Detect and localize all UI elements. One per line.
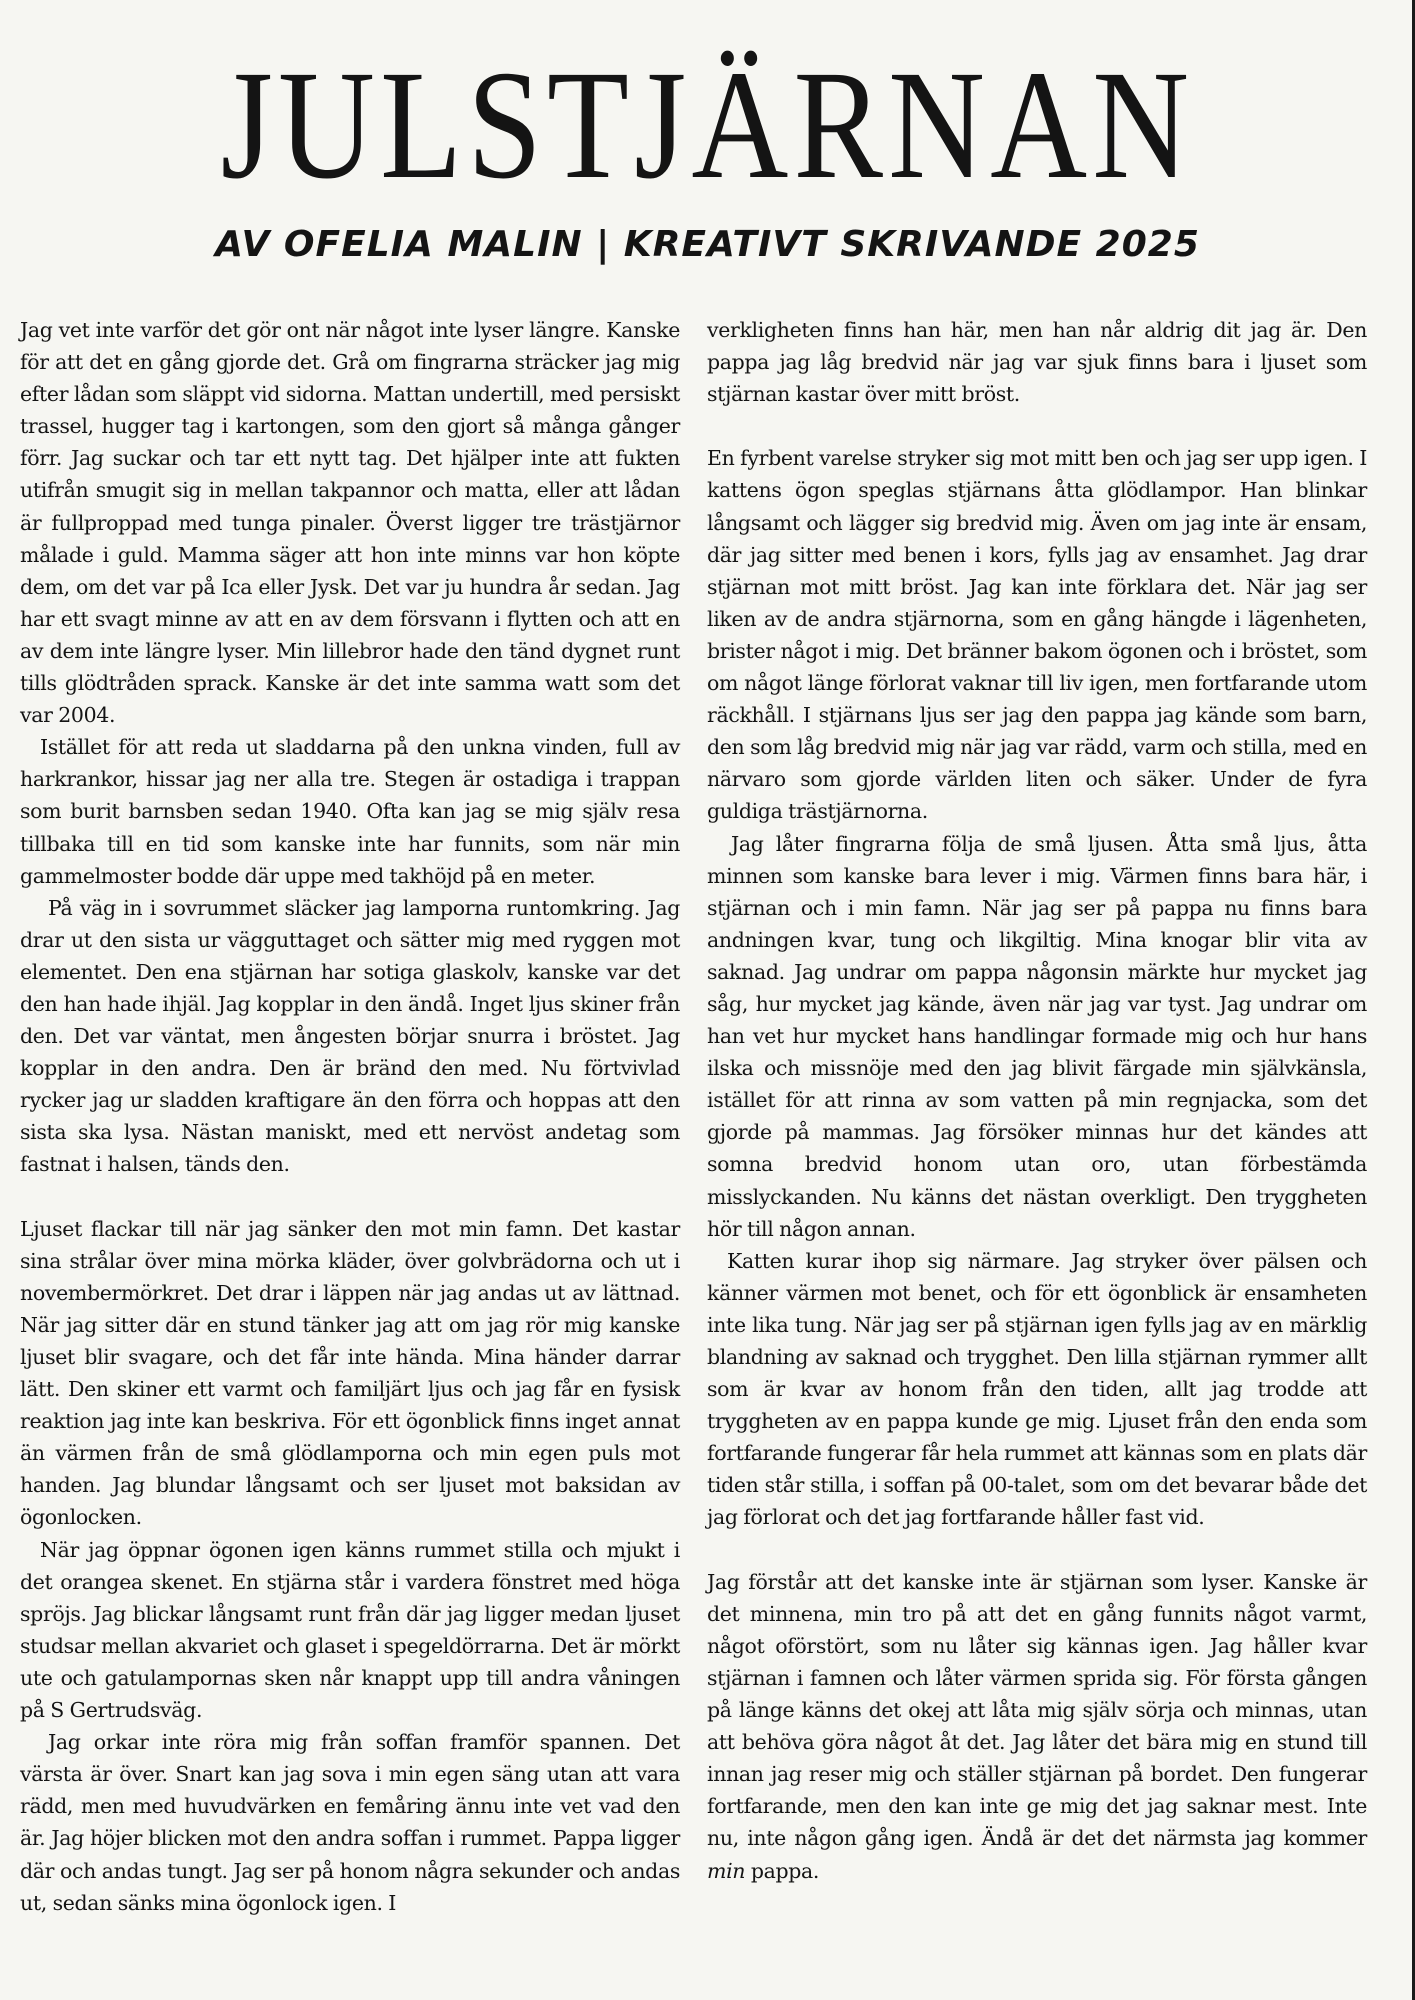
paragraph: Jag låter fingrarna följa de små ljusen.…	[707, 828, 1367, 1245]
paragraph: Jag vet inte varför det gör ont när någo…	[20, 314, 680, 731]
paragraph-text: Jag förstår att det kanske inte är stjär…	[707, 1570, 1367, 1851]
paragraph: När jag öppnar ögonen igen känns rummet …	[20, 1534, 680, 1727]
left-column: Jag vet inte varför det gör ont när någo…	[20, 314, 680, 1919]
paragraph: På väg in i sovrummet släcker jag lampor…	[20, 892, 680, 1181]
emphasized-word: min	[707, 1859, 745, 1883]
paragraph: Ljuset flackar till när jag sänker den m…	[20, 1213, 680, 1534]
closing-paragraph: Jag förstår att det kanske inte är stjär…	[707, 1566, 1367, 1887]
paragraph: Jag orkar inte röra mig från soffan fram…	[20, 1726, 680, 1919]
story-byline: AV OFELIA MALIN | KREATIVT SKRIVANDE 202…	[0, 222, 1415, 268]
right-column: verkligheten finns han här, men han når …	[707, 314, 1367, 1887]
story-title: JULSTJÄRNAN	[99, 40, 1316, 210]
paragraph: Katten kurar ihop sig närmare. Jag stryk…	[707, 1245, 1367, 1534]
paragraph: verkligheten finns han här, men han når …	[707, 314, 1367, 410]
paragraph: En fyrbent varelse stryker sig mot mitt …	[707, 442, 1367, 827]
paragraph: Istället för att reda ut sladdarna på de…	[20, 731, 680, 891]
paragraph-text: pappa.	[745, 1859, 819, 1883]
